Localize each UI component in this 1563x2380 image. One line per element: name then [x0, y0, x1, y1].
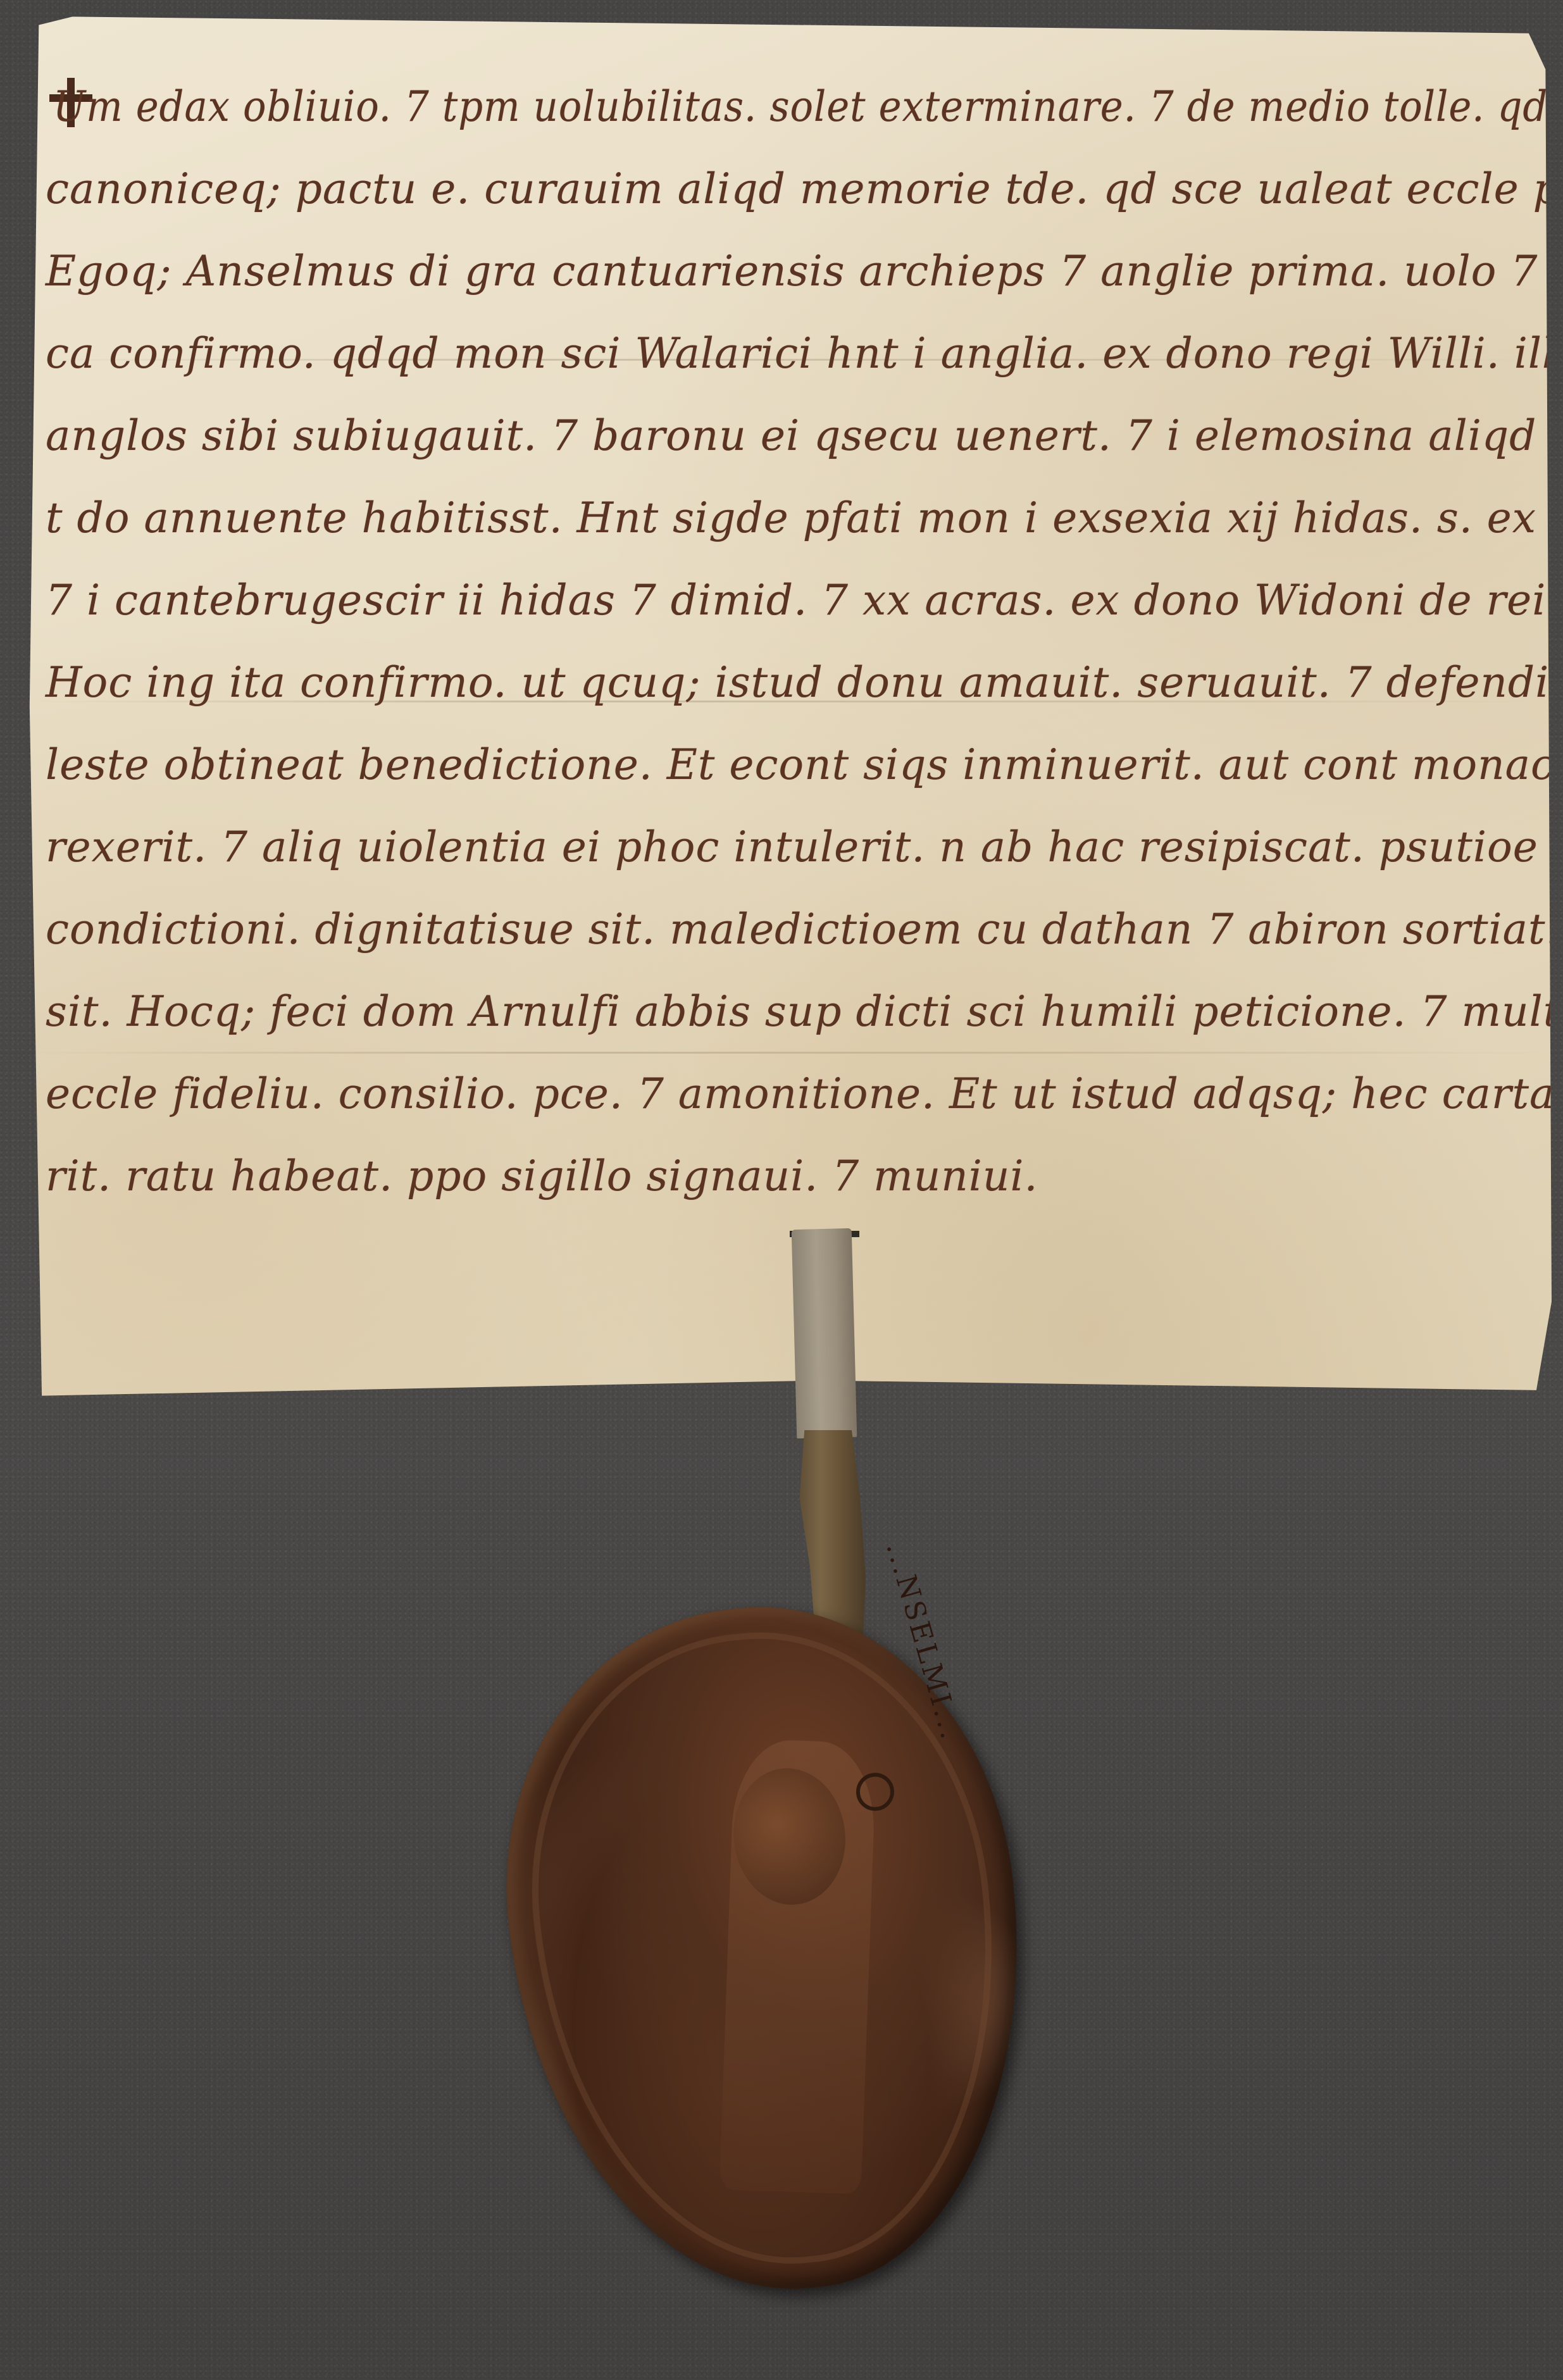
line-text: Um edax obliuio. 7 tpm uolubilitas. sole…: [53, 82, 1563, 131]
line-text: Egoq; Anselmus di gra cantuariensis arch…: [46, 247, 1563, 296]
line-text: canoniceq; pactu e. curauim aliqd memori…: [46, 165, 1563, 213]
line-text: 7 i cantebrugescir ii hidas 7 dimid. 7 x…: [46, 576, 1563, 625]
seal-tag-strip: [792, 1228, 857, 1438]
text-line-8: Hoc ing ita confirmo. ut qcuq; istud don…: [46, 625, 1539, 707]
text-line-4: ca confirmo. qdqd mon sci Walarici hnt i…: [46, 296, 1539, 378]
line-text: anglos sibi subiugauit. 7 baronu ei qsec…: [46, 411, 1563, 460]
text-line-1: Um edax obliuio. 7 tpm uolubilitas. sole…: [46, 49, 1539, 131]
line-text: rit. ratu habeat. ppo sigillo signaui. 7…: [46, 1152, 1038, 1200]
line-text: rexerit. 7 aliq uiolentia ei phoc intule…: [46, 823, 1563, 871]
text-line-13: eccle fideliu. consilio. pce. 7 amonitio…: [46, 1036, 1539, 1118]
line-text: sit. Hocq; feci dom Arnulfi abbis sup di…: [46, 987, 1563, 1036]
line-text: Hoc ing ita confirmo. ut qcuq; istud don…: [46, 658, 1563, 707]
charter-parchment: Um edax obliuio. 7 tpm uolubilitas. sole…: [27, 14, 1552, 1399]
text-line-5: anglos sibi subiugauit. 7 baronu ei qsec…: [46, 378, 1539, 460]
charter-text: Um edax obliuio. 7 tpm uolubilitas. sole…: [46, 49, 1539, 1200]
wax-seal: ...NSELMI...: [478, 1583, 1054, 2315]
text-line-14: rit. ratu habeat. ppo sigillo signaui. 7…: [46, 1118, 1539, 1200]
text-line-7: 7 i cantebrugescir ii hidas 7 dimid. 7 x…: [46, 542, 1539, 625]
text-line-2: canoniceq; pactu e. curauim aliqd memori…: [46, 131, 1539, 213]
text-line-9: leste obtineat benedictione. Et econt si…: [46, 707, 1539, 789]
text-line-10: rexerit. 7 aliq uiolentia ei phoc intule…: [46, 789, 1539, 871]
text-line-12: sit. Hocq; feci dom Arnulfi abbis sup di…: [46, 954, 1539, 1036]
line-text: eccle fideliu. consilio. pce. 7 amonitio…: [46, 1069, 1563, 1118]
line-text: leste obtineat benedictione. Et econt si…: [46, 740, 1563, 789]
text-line-11: condictioni. dignitatisue sit. maledicti…: [46, 871, 1539, 954]
line-text: ca confirmo. qdqd mon sci Walarici hnt i…: [46, 329, 1563, 378]
line-text: t do annuente habitisst. Hnt sigde pfati…: [46, 494, 1563, 542]
line-text: condictioni. dignitatisue sit. maledicti…: [46, 905, 1563, 954]
text-line-6: t do annuente habitisst. Hnt sigde pfati…: [46, 460, 1539, 542]
text-line-3: Egoq; Anselmus di gra cantuariensis arch…: [46, 213, 1539, 296]
